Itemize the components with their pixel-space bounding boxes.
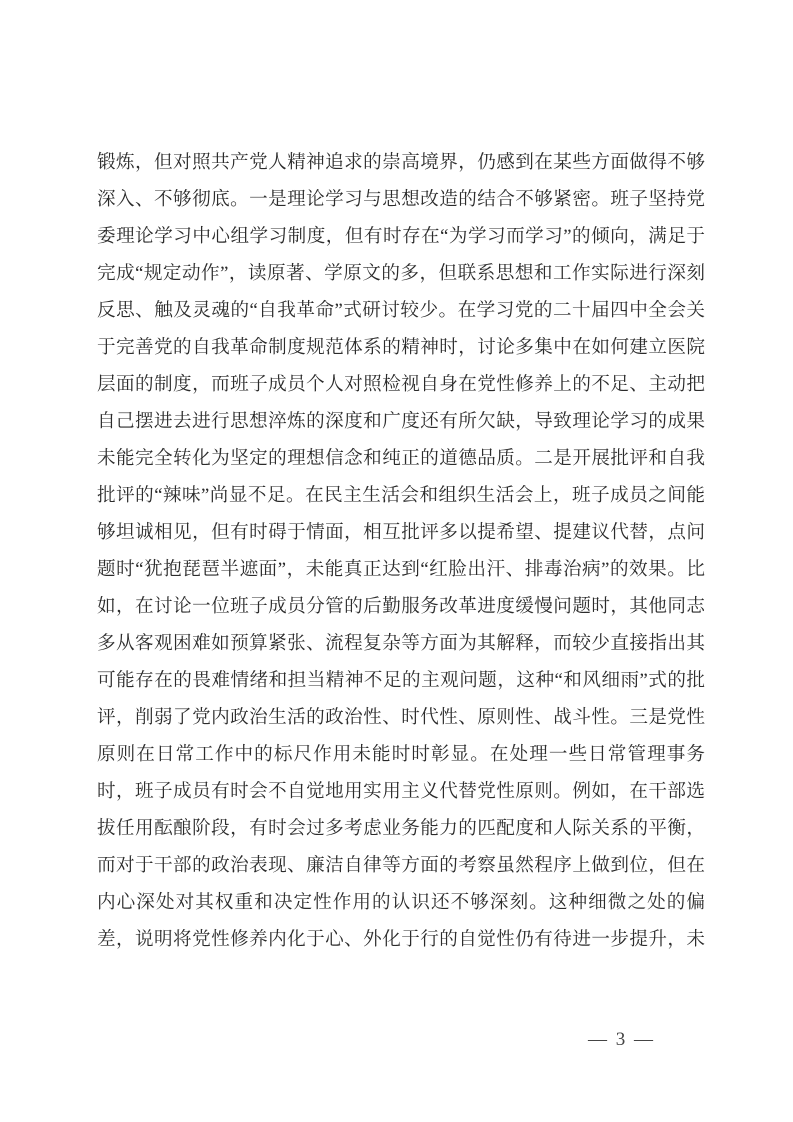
- text-line: 题时“犹抱琵琶半遮面”，未能真正达到“红脸出汗、排毒治病”的效果。比: [97, 551, 705, 588]
- text-line: 而对于干部的政治表现、廉洁自律等方面的考察虽然程序上做到位，但在: [97, 847, 705, 884]
- text-line: 内心深处对其权重和决定性作用的认识还不够深刻。这种细微之处的偏: [97, 884, 705, 921]
- text-line: 差，说明将党性修养内化于心、外化于行的自觉性仍有待进一步提升，未: [97, 921, 705, 958]
- text-line: 拔任用酝酿阶段，有时会过多考虑业务能力的匹配度和人际关系的平衡，: [97, 810, 705, 847]
- text-line: 如，在讨论一位班子成员分管的后勤服务改革进度缓慢问题时，其他同志: [97, 588, 705, 625]
- text-line: 于完善党的自我革命制度规范体系的精神时，讨论多集中在如何建立医院: [97, 329, 705, 366]
- text-line: 锻炼，但对照共产党人精神追求的崇高境界，仍感到在某些方面做得不够: [97, 144, 705, 181]
- text-line: 评，削弱了党内政治生活的政治性、时代性、原则性、战斗性。三是党性: [97, 699, 705, 736]
- text-line: 层面的制度，而班子成员个人对照检视自身在党性修养上的不足、主动把: [97, 366, 705, 403]
- text-line: 深入、不够彻底。一是理论学习与思想改造的结合不够紧密。班子坚持党: [97, 181, 705, 218]
- text-line: 够坦诚相见，但有时碍于情面，相互批评多以提希望、提建议代替，点问: [97, 514, 705, 551]
- page-number: — 3 —: [588, 1028, 655, 1052]
- text-line: 委理论学习中心组学习制度，但有时存在“为学习而学习”的倾向，满足于: [97, 218, 705, 255]
- text-line: 未能完全转化为坚定的理想信念和纯正的道德品质。二是开展批评和自我: [97, 440, 705, 477]
- text-line: 自己摆进去进行思想淬炼的深度和广度还有所欠缺，导致理论学习的成果: [97, 403, 705, 440]
- text-line: 可能存在的畏难情绪和担当精神不足的主观问题，这种“和风细雨”式的批: [97, 662, 705, 699]
- text-line: 反思、触及灵魂的“自我革命”式研讨较少。在学习党的二十届四中全会关: [97, 292, 705, 329]
- text-line: 多从客观困难如预算紧张、流程复杂等方面为其解释，而较少直接指出其: [97, 625, 705, 662]
- text-line: 时，班子成员有时会不自觉地用实用主义代替党性原则。例如，在干部选: [97, 773, 705, 810]
- document-page: 锻炼，但对照共产党人精神追求的崇高境界，仍感到在某些方面做得不够 深入、不够彻底…: [0, 0, 793, 1122]
- text-line: 完成“规定动作”，读原著、学原文的多，但联系思想和工作实际进行深刻: [97, 255, 705, 292]
- text-line: 批评的“辣味”尚显不足。在民主生活会和组织生活会上，班子成员之间能: [97, 477, 705, 514]
- text-line: 原则在日常工作中的标尺作用未能时时彰显。在处理一些日常管理事务: [97, 736, 705, 773]
- body-text: 锻炼，但对照共产党人精神追求的崇高境界，仍感到在某些方面做得不够 深入、不够彻底…: [97, 144, 705, 958]
